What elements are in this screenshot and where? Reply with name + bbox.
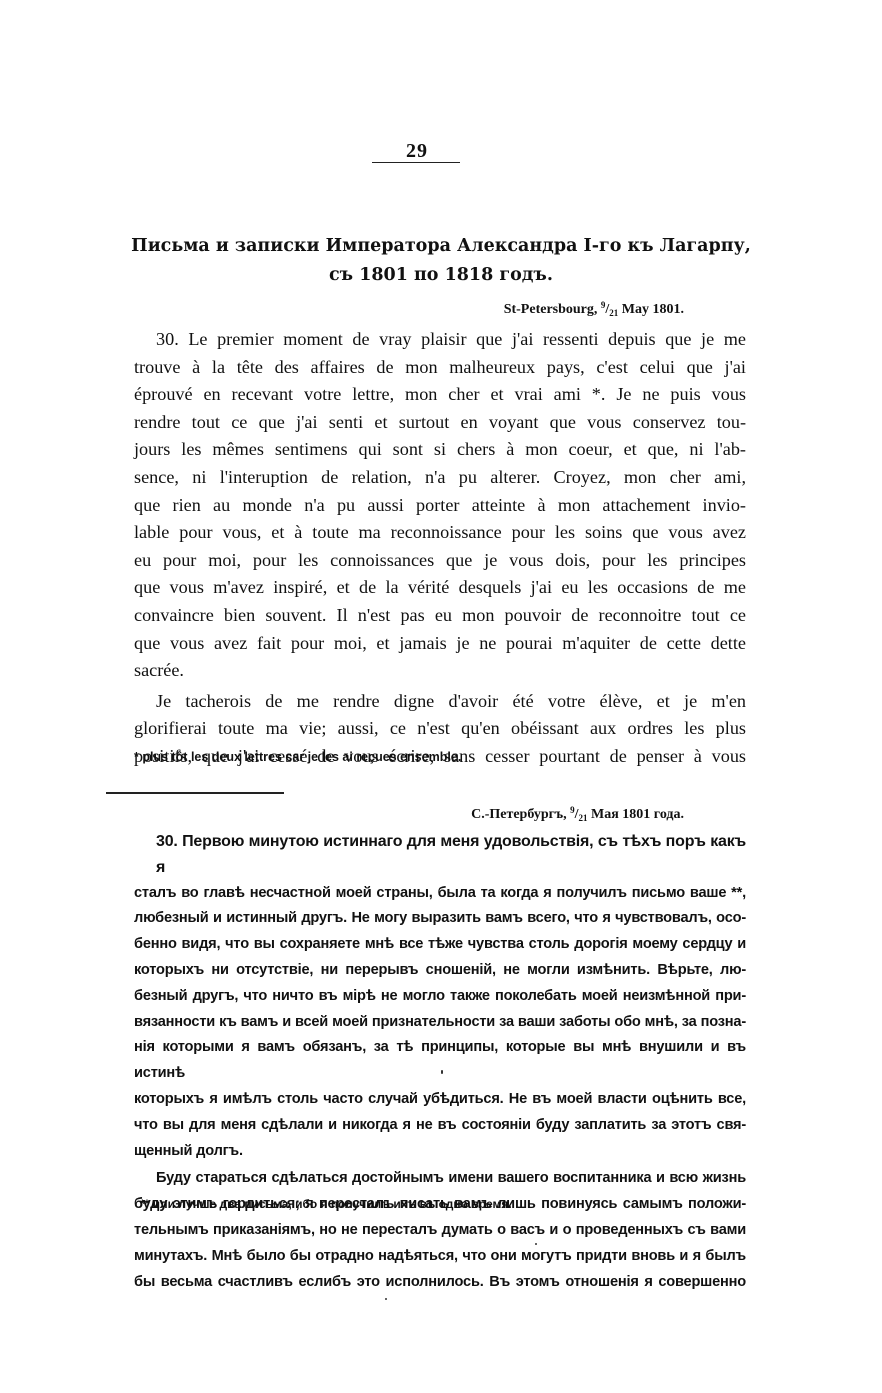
french-paragraph-1: 30. Le premier moment de vray plaisir qu… bbox=[134, 326, 746, 685]
page-number-rule bbox=[372, 162, 460, 163]
text-line: нія которыми я вамъ обязанъ, за тѣ принц… bbox=[134, 1035, 746, 1087]
dateline-fraction: 9/21 bbox=[570, 807, 587, 822]
dateline-date: Мая 1801 года. bbox=[591, 807, 684, 822]
text-line: sacrée. bbox=[134, 657, 746, 685]
text-line: glorifierai toute ma vie; aussi, ce n'es… bbox=[134, 715, 746, 743]
text-line: eu pour moi, pour les connoissances que … bbox=[134, 547, 746, 575]
scan-speck bbox=[441, 1070, 443, 1074]
text-line: сталъ во главѣ несчастной моей страны, б… bbox=[134, 881, 746, 907]
russian-paragraph-2: Буду стараться сдѣлаться достойнымъ имен… bbox=[134, 1166, 746, 1295]
scan-speck bbox=[385, 1298, 387, 1300]
text-line: бы весьма счастливъ еслибъ это исполнило… bbox=[134, 1270, 746, 1296]
russian-footnote: ** или лучше два письма, ибо я получилъ … bbox=[140, 1197, 512, 1211]
text-line: éprouvé en recevant votre lettre, mon ch… bbox=[134, 381, 746, 409]
dateline-place: St-Petersbourg, bbox=[504, 302, 598, 317]
french-dateline: St-Petersbourg, 9/21 May 1801. bbox=[504, 300, 684, 318]
russian-letter-body: 30. Первою минутою истиннаго для меня уд… bbox=[134, 829, 746, 1295]
text-line: бенно видя, что вы сохраняете мнѣ все тѣ… bbox=[134, 932, 746, 958]
russian-paragraph-1: 30. Первою минутою истиннаго для меня уд… bbox=[134, 829, 746, 1164]
russian-dateline: С.-Петербургъ, 9/21 Мая 1801 года. bbox=[471, 805, 684, 823]
dateline-date: May 1801. bbox=[622, 302, 684, 317]
text-line: минутахъ. Мнѣ было бы отрадно надѣяться,… bbox=[134, 1244, 746, 1270]
text-line: convaincre bien souvent. Il n'est pas eu… bbox=[134, 602, 746, 630]
text-line: безный другъ, что ничто въ мірѣ не могло… bbox=[134, 984, 746, 1010]
page-title: Письма и записки Императора Александра I… bbox=[100, 232, 782, 290]
text-line: rendre tout ce que j'ai senti et surtout… bbox=[134, 409, 746, 437]
french-letter-body: 30. Le premier moment de vray plaisir qu… bbox=[134, 326, 746, 771]
title-line-1: Письма и записки Императора Александра I… bbox=[100, 232, 782, 261]
text-line: Je tacherois de me rendre digne d'avoir … bbox=[134, 688, 746, 716]
text-line: вязанности къ вамъ и всей моей признател… bbox=[134, 1010, 746, 1036]
text-line: sence, ni l'interuption de relation, n'a… bbox=[134, 464, 746, 492]
text-line: trouve à la tête des affaires de mon mal… bbox=[134, 354, 746, 382]
text-line: que vous m'avez inspiré, et de la vérité… bbox=[134, 574, 746, 602]
text-line: jours les mêmes sentimens qui sont si ch… bbox=[134, 436, 746, 464]
text-line: lable pour vous, et à toute ma reconnois… bbox=[134, 519, 746, 547]
scan-speck bbox=[535, 1243, 537, 1245]
dateline-fraction: 9/21 bbox=[601, 302, 618, 317]
text-line: 30. Le premier moment de vray plaisir qu… bbox=[134, 326, 746, 354]
text-line: что вы для меня сдѣлали и никогда я не в… bbox=[134, 1113, 746, 1139]
text-line: которыхъ ни отсутствіе, ни перерывъ снош… bbox=[134, 958, 746, 984]
title-line-2: съ 1801 по 1818 годъ. bbox=[100, 261, 782, 290]
text-line: любезный и истинный другъ. Не могу выраз… bbox=[134, 906, 746, 932]
text-line: тельнымъ приказаніямъ, но не пересталъ д… bbox=[134, 1218, 746, 1244]
text-line: que rien au monde n'a pu aussi porter at… bbox=[134, 492, 746, 520]
footnote-separator bbox=[106, 792, 284, 794]
text-line: щенный долгъ. bbox=[134, 1139, 746, 1165]
dateline-place: С.-Петербургъ, bbox=[471, 807, 567, 822]
page-number: 29 bbox=[372, 140, 462, 163]
text-line: Буду стараться сдѣлаться достойнымъ имен… bbox=[134, 1166, 746, 1192]
text-line: 30. Первою минутою истиннаго для меня уд… bbox=[134, 829, 746, 881]
text-line: которыхъ я имѣлъ столь часто случай убѣд… bbox=[134, 1087, 746, 1113]
text-line: que vous avez fait pour moi, et jamais j… bbox=[134, 630, 746, 658]
french-footnote: * plus tôt les deux lettres car je les a… bbox=[134, 750, 461, 764]
